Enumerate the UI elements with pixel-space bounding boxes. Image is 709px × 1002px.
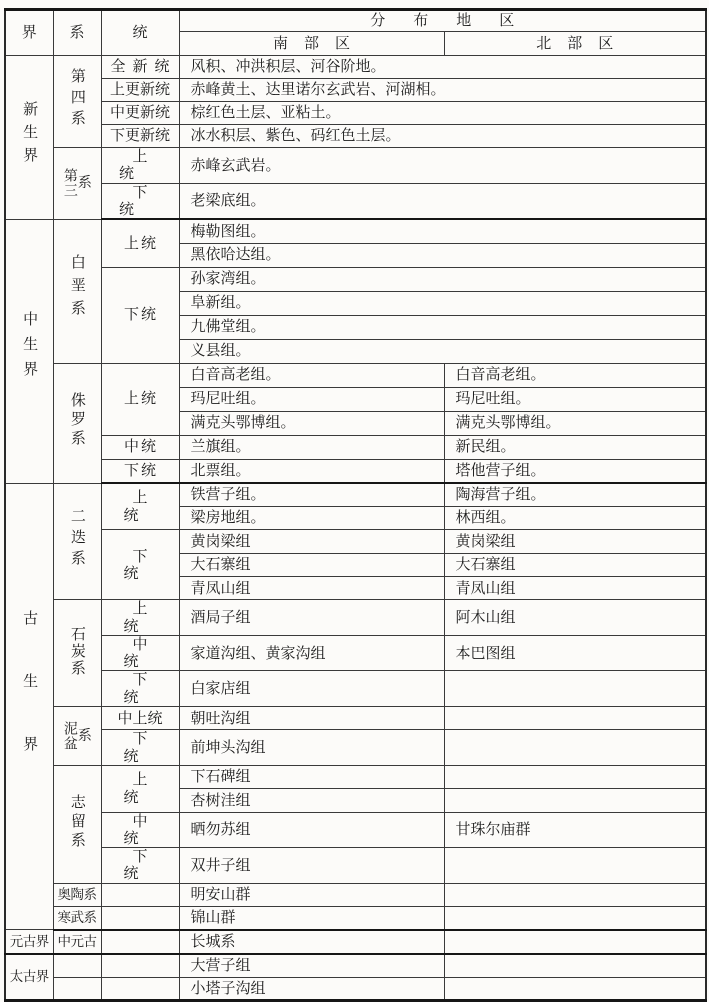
system-cell-devonian: 泥盆系	[53, 706, 101, 765]
formation-cell: 赤峰玄武岩。	[179, 148, 706, 184]
south-formation-cell: 前坤头沟组	[179, 730, 444, 766]
series-cell: 中更新统	[101, 102, 179, 125]
system-cell-quaternary: 第四系	[53, 56, 101, 148]
north-formation-cell: 黄岗梁组	[444, 530, 706, 553]
series-cell: 下统	[101, 530, 179, 600]
south-formation-cell: 朝吐沟组	[179, 706, 444, 729]
series-cell	[101, 930, 179, 954]
south-formation-cell: 酒局子组	[179, 600, 444, 636]
formation-cell: 黑依哈达组。	[179, 243, 706, 267]
north-formation-cell: 玛尼吐组。	[444, 387, 706, 411]
formation-cell: 老梁底组。	[179, 183, 706, 219]
system-cell-permian: 二迭系	[53, 483, 101, 600]
series-cell: 中统	[101, 435, 179, 459]
era-cell-archean: 太古界	[5, 954, 53, 1001]
north-formation-cell	[444, 730, 706, 766]
south-formation-cell: 满克头鄂博组。	[179, 411, 444, 435]
north-formation-cell	[444, 954, 706, 978]
south-formation-cell: 晒勿苏组	[179, 812, 444, 848]
system-cell-jurassic: 侏罗系	[53, 363, 101, 483]
formation-cell: 冰水积层、紫色、码红色土层。	[179, 125, 706, 148]
series-cell: 下统	[101, 267, 179, 363]
series-cell	[101, 907, 179, 930]
south-formation-cell: 兰旗组。	[179, 435, 444, 459]
series-cell: 中统	[101, 635, 179, 671]
system-cell-silurian: 志留系	[53, 765, 101, 883]
system-cell-empty	[53, 954, 101, 978]
system-label-stack: 第三	[62, 168, 77, 198]
south-formation-cell: 青凤山组	[179, 577, 444, 600]
formation-cell: 风积、冲洪积层、河谷阶地。	[179, 56, 706, 79]
system-cell-cambrian: 寒武系	[53, 907, 101, 930]
south-formation-cell: 黄岗梁组	[179, 530, 444, 553]
era-label: 元古界	[10, 934, 49, 950]
era-label: 古生界	[21, 610, 37, 799]
system-label: 二迭系	[69, 508, 85, 571]
era-cell-proterozoic: 元古界	[5, 930, 53, 954]
system-label-side: 系	[78, 728, 92, 744]
south-formation-cell: 长城系	[179, 930, 444, 954]
north-formation-cell: 本巴图组	[444, 635, 706, 671]
series-cell: 下统	[101, 730, 179, 766]
series-cell: 上统	[101, 219, 179, 267]
era-label: 中生界	[21, 311, 37, 386]
system-cell-ordovician: 奥陶系	[53, 883, 101, 906]
header-series: 统	[101, 10, 179, 56]
series-cell	[101, 977, 179, 1001]
series-cell: 全新统	[101, 56, 179, 79]
formation-cell: 梅勒图组。	[179, 219, 706, 243]
formation-cell: 赤峰黄土、达里诺尔玄武岩、河湖相。	[179, 79, 706, 102]
system-label: 侏罗系	[69, 392, 85, 449]
south-formation-cell: 大营子组	[179, 954, 444, 978]
north-formation-cell	[444, 671, 706, 707]
system-label: 奥陶系	[58, 887, 97, 903]
series-cell	[101, 883, 179, 906]
system-cell-carboniferous: 石炭系	[53, 600, 101, 707]
era-cell-paleozoic: 古生界	[5, 483, 53, 930]
north-formation-cell: 阿木山组	[444, 600, 706, 636]
header-era: 界	[5, 10, 53, 56]
south-formation-cell: 铁营子组。	[179, 483, 444, 506]
system-label: 石炭系	[69, 626, 85, 677]
system-label: 志留系	[69, 794, 85, 851]
formation-cell: 孙家湾组。	[179, 267, 706, 291]
north-formation-cell	[444, 883, 706, 906]
south-formation-cell: 梁房地组。	[179, 506, 444, 529]
north-formation-cell	[444, 848, 706, 884]
system-cell-empty	[53, 977, 101, 1001]
era-label: 新生界	[21, 101, 37, 170]
south-formation-cell: 双井子组	[179, 848, 444, 884]
north-formation-cell	[444, 706, 706, 729]
stratigraphy-table: 界 系 统 分布地区 南部区 北部区 新生界 第四系 全新统 风积、冲洪积层、河…	[4, 8, 707, 1002]
north-formation-cell	[444, 789, 706, 812]
south-formation-cell: 玛尼吐组。	[179, 387, 444, 411]
series-cell: 中上统	[101, 706, 179, 729]
north-formation-cell	[444, 977, 706, 1001]
series-cell: 下统	[101, 848, 179, 884]
south-formation-cell: 杏树洼组	[179, 789, 444, 812]
system-label-stack: 泥盆	[62, 721, 77, 751]
system-label: 中元古	[58, 934, 97, 950]
formation-cell: 九佛堂组。	[179, 315, 706, 339]
north-formation-cell	[444, 907, 706, 930]
series-cell: 上统	[101, 600, 179, 636]
south-formation-cell: 北票组。	[179, 459, 444, 483]
series-cell: 中统	[101, 812, 179, 848]
era-label: 太古界	[10, 969, 49, 985]
north-formation-cell: 满克头鄂博组。	[444, 411, 706, 435]
series-cell: 上更新统	[101, 79, 179, 102]
north-formation-cell: 林西组。	[444, 506, 706, 529]
series-cell	[101, 954, 179, 978]
series-cell: 下更新统	[101, 125, 179, 148]
header-south-region: 南部区	[179, 32, 444, 56]
series-cell: 下统	[101, 183, 179, 219]
north-formation-cell	[444, 765, 706, 788]
north-formation-cell: 塔他营子组。	[444, 459, 706, 483]
era-cell-mesozoic: 中生界	[5, 219, 53, 483]
formation-cell: 阜新组。	[179, 291, 706, 315]
south-formation-cell: 大石寨组	[179, 553, 444, 576]
system-cell-cretaceous: 白垩系	[53, 219, 101, 363]
south-formation-cell: 明安山群	[179, 883, 444, 906]
south-formation-cell: 小塔子沟组	[179, 977, 444, 1001]
south-formation-cell: 下石碑组	[179, 765, 444, 788]
header-north-region: 北部区	[444, 32, 706, 56]
north-formation-cell: 新民组。	[444, 435, 706, 459]
system-cell-tertiary: 第三系	[53, 148, 101, 220]
header-system: 系	[53, 10, 101, 56]
series-cell: 上统	[101, 363, 179, 435]
formation-cell: 义县组。	[179, 339, 706, 363]
south-formation-cell: 白音高老组。	[179, 363, 444, 387]
north-formation-cell: 大石寨组	[444, 553, 706, 576]
north-formation-cell: 白音高老组。	[444, 363, 706, 387]
south-formation-cell: 锦山群	[179, 907, 444, 930]
era-cell-cenozoic: 新生界	[5, 56, 53, 220]
series-cell: 上统	[101, 765, 179, 812]
series-cell: 上统	[101, 148, 179, 184]
system-cell-mid-proterozoic: 中元古	[53, 930, 101, 954]
series-cell: 下统	[101, 671, 179, 707]
north-formation-cell: 陶海营子组。	[444, 483, 706, 506]
series-cell: 上统	[101, 483, 179, 530]
series-cell: 下统	[101, 459, 179, 483]
south-formation-cell: 家道沟组、黄家沟组	[179, 635, 444, 671]
north-formation-cell	[444, 930, 706, 954]
north-formation-cell: 青凤山组	[444, 577, 706, 600]
formation-cell: 棕红色土层、亚粘土。	[179, 102, 706, 125]
north-formation-cell: 甘珠尔庙群	[444, 812, 706, 848]
header-region: 分布地区	[179, 10, 706, 32]
system-label: 寒武系	[58, 910, 97, 926]
system-label: 白垩系	[69, 254, 85, 323]
system-label-side: 系	[78, 175, 92, 191]
south-formation-cell: 白家店组	[179, 671, 444, 707]
system-label: 第四系	[69, 68, 85, 131]
